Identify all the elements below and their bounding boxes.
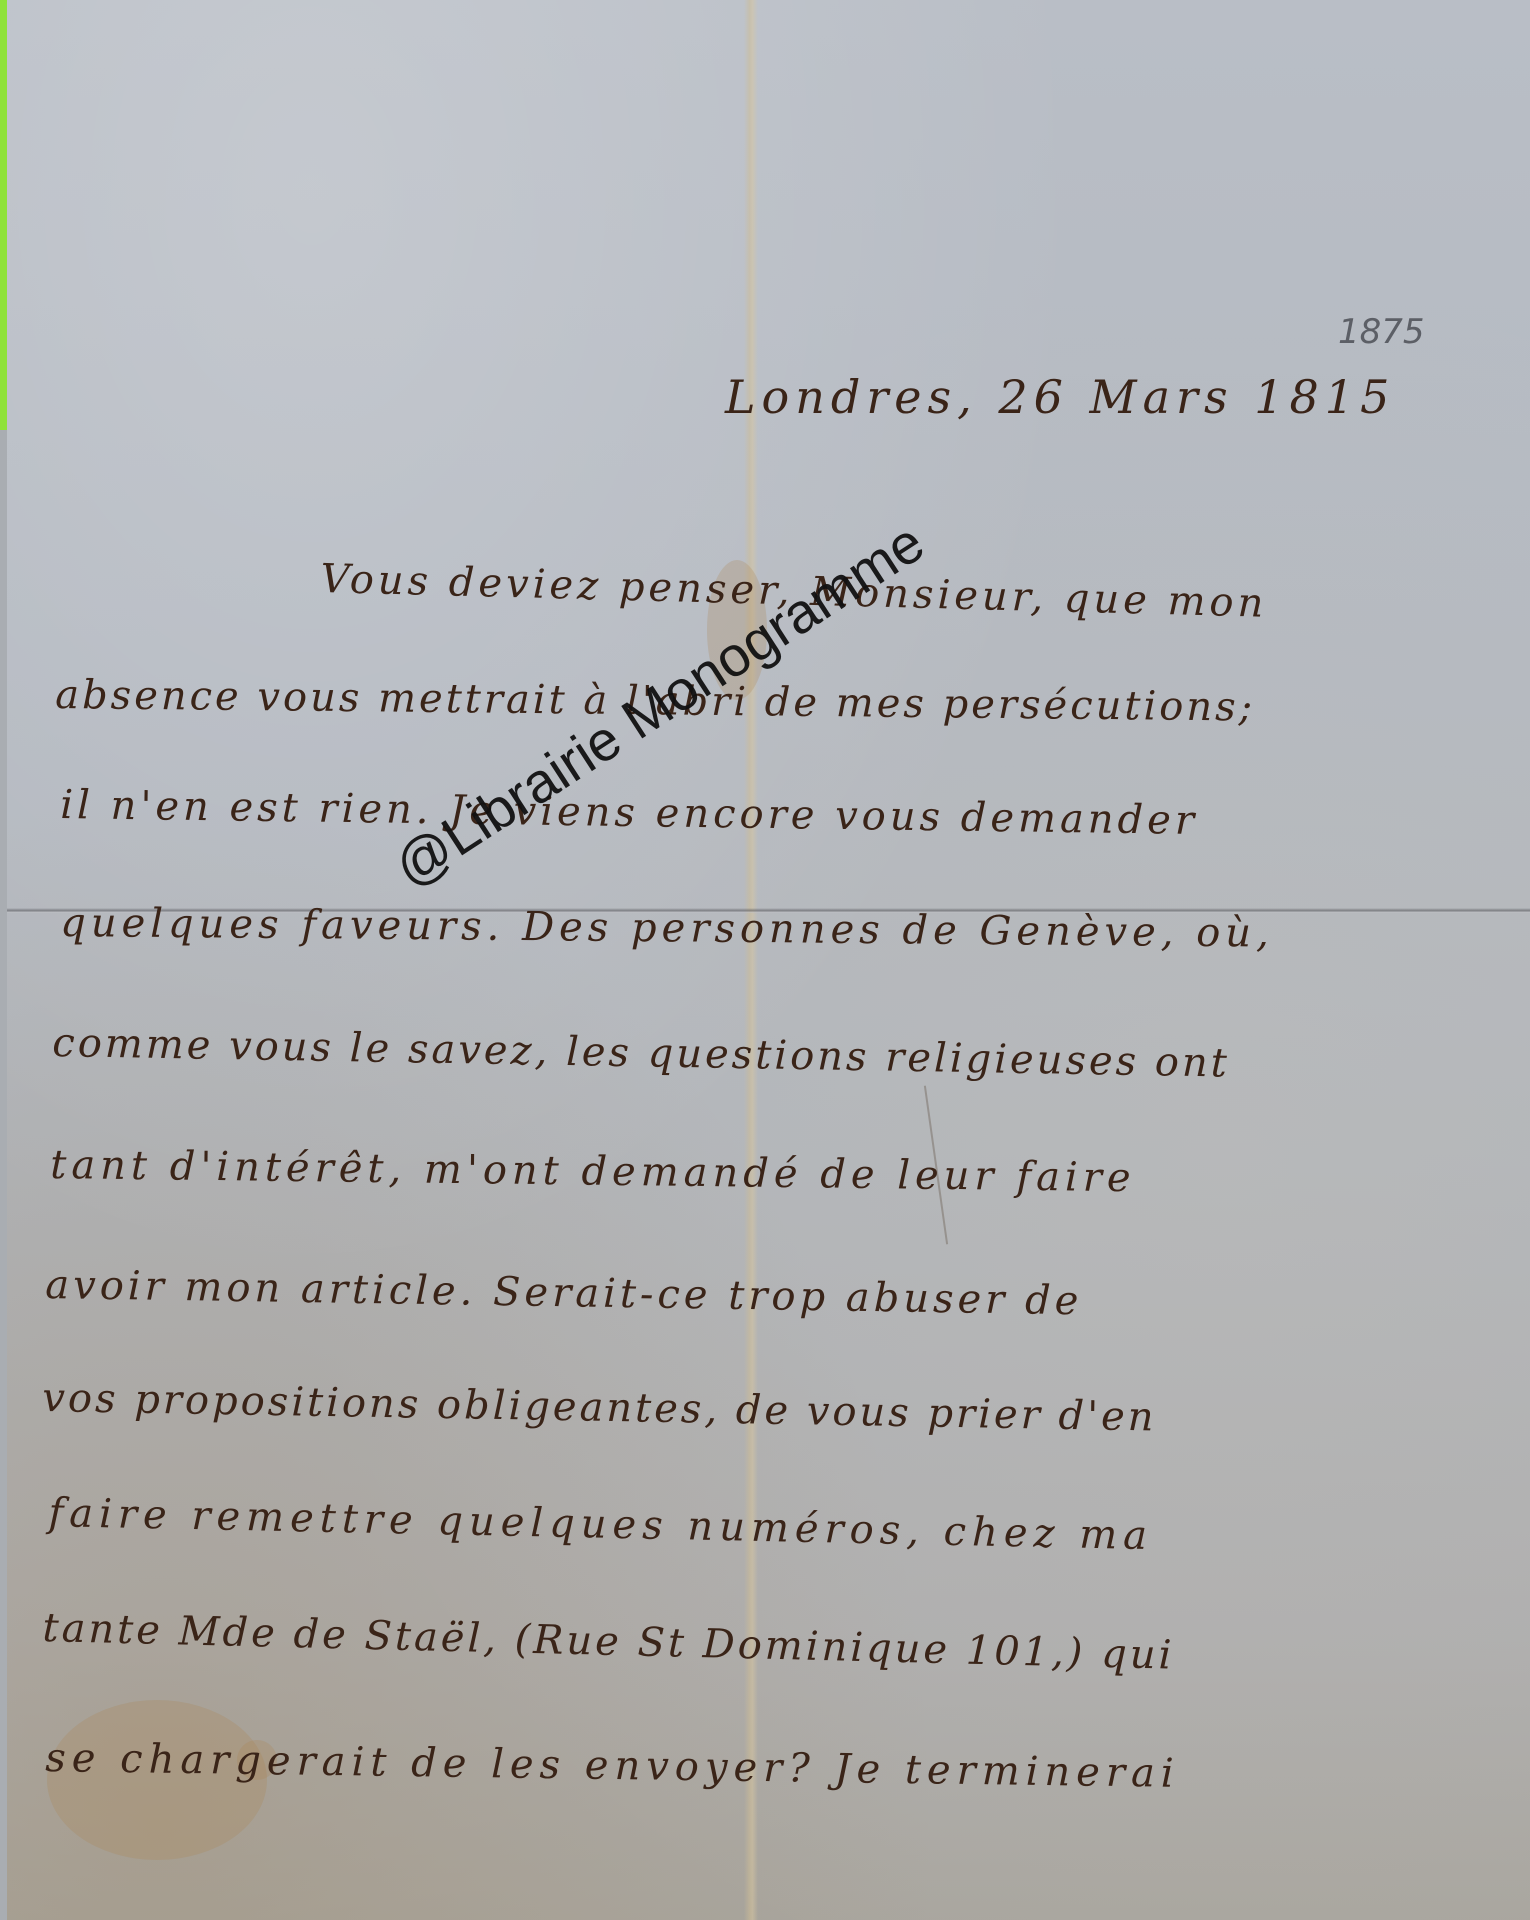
archive-annotation: 1875 [1338, 312, 1425, 352]
scan-edge-strip [0, 0, 7, 430]
dateline: Londres, 26 Mars 1815 [725, 370, 1395, 424]
